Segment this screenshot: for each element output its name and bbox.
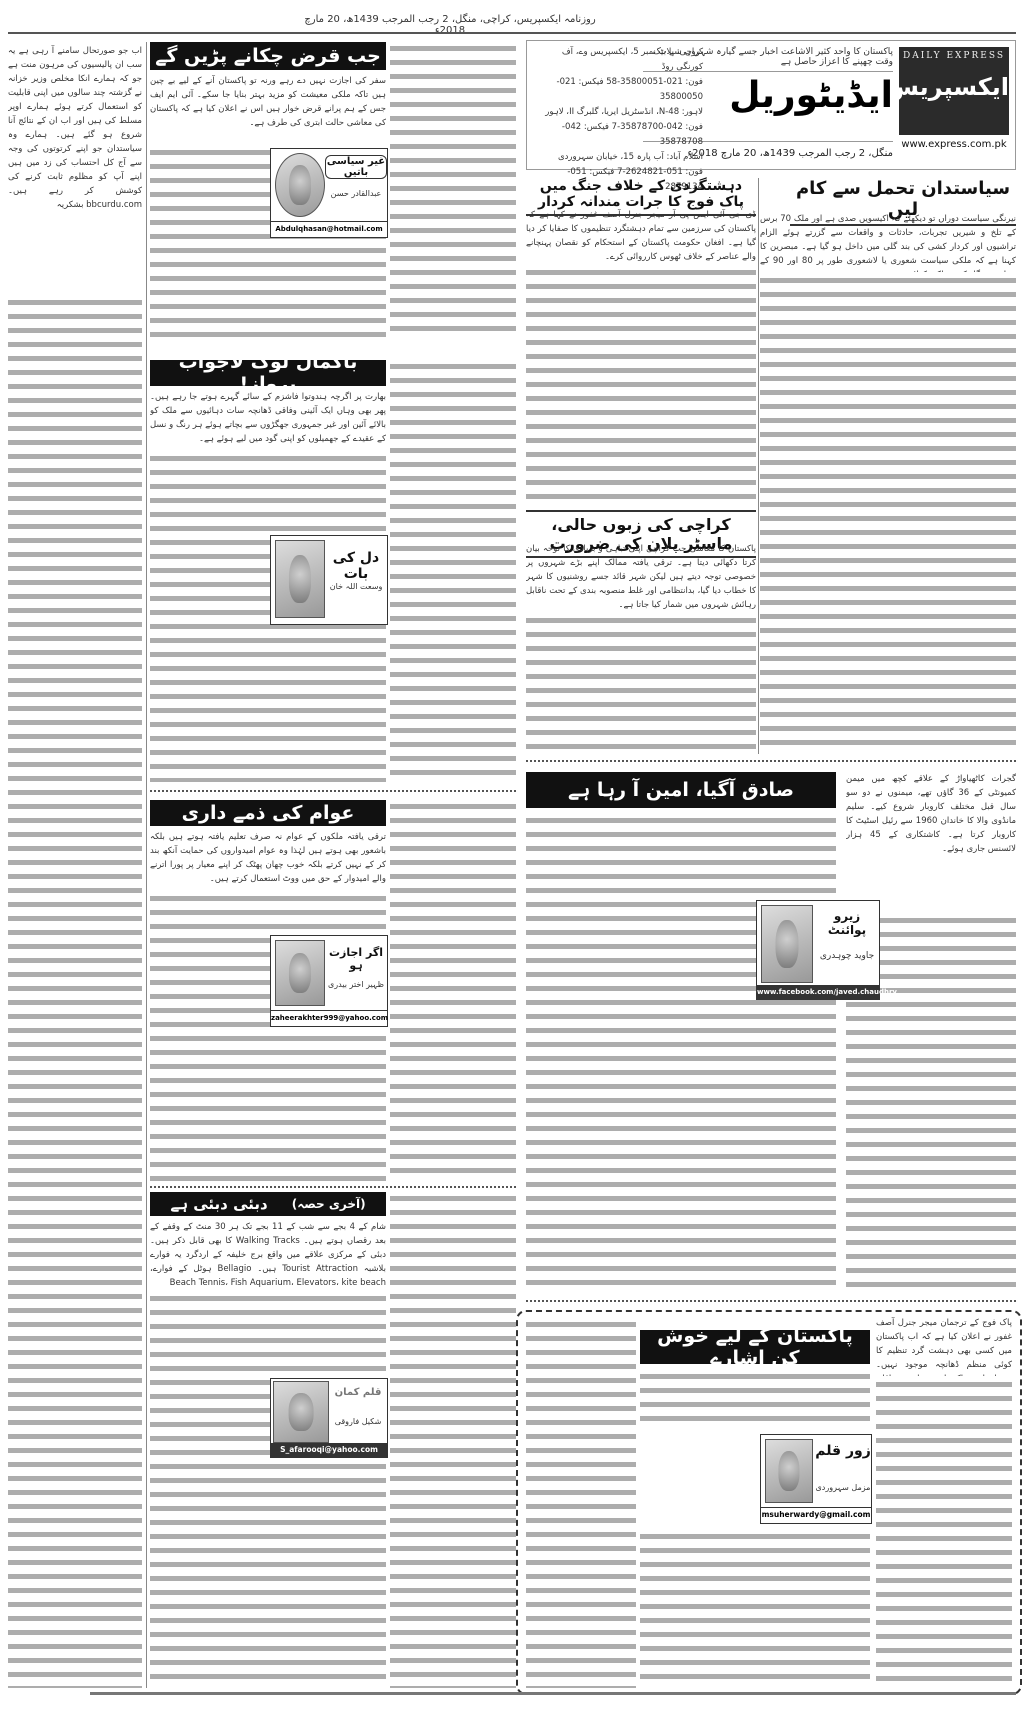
- column-4-body-right: [390, 1192, 516, 1688]
- address-line: فون: 021-35800051-58 فیکس: 021-35800050: [533, 75, 703, 105]
- column-name: اگر اجازت ہو: [325, 946, 387, 972]
- author-photo: [275, 540, 325, 618]
- column-6-body-left: [526, 1318, 636, 1688]
- column-5-headline: صادق آگیا، امین آ رہا ہے: [526, 772, 836, 808]
- masthead: DAILY EXPRESS ایکسپریس www.express.com.p…: [526, 40, 1016, 170]
- editorial-3-body: [526, 614, 756, 754]
- address-line: کراچی: پلاٹ نمبر 5، ایکسپریس وے، آف کورن…: [533, 45, 703, 75]
- column-6-body-mid: [640, 1370, 870, 1430]
- column-name: زیرو پوائنٹ: [815, 909, 879, 937]
- column-1-text: سفر کی اجازت نہیں دے رہے ورنہ تو پاکستان…: [150, 74, 386, 144]
- part-label: (آخری حصہ): [292, 1197, 366, 1211]
- editorial-1-body: [760, 274, 1016, 754]
- column-2-body-right: [390, 360, 516, 782]
- author-photo: [273, 1381, 329, 1443]
- far-left-text: اب جو صورتحال سامنے آ رہی ہے یہ سب ان پا…: [8, 44, 142, 294]
- author-name: وسعت اللہ خان: [325, 582, 387, 591]
- section-separator: [150, 790, 516, 792]
- column-6-body: [876, 1378, 1012, 1688]
- bottom-rule: [90, 1692, 1016, 1695]
- column-3-byline: اگر اجازت ہو ظہیر اختر بیدری zaheerakhte…: [270, 935, 388, 1027]
- express-logo: DAILY EXPRESS ایکسپریس: [899, 47, 1009, 135]
- author-photo: [275, 940, 325, 1006]
- column-6-body-bottom: [640, 1530, 870, 1688]
- author-name: شکیل فاروقی: [329, 1417, 387, 1426]
- author-photo: [765, 1439, 813, 1503]
- section-separator: [526, 1300, 1016, 1302]
- far-left-body: [8, 296, 142, 1688]
- column-5-byline: زیرو پوائنٹ جاوید چوہدری www.facebook.co…: [756, 900, 880, 1000]
- column-3-body-right: [390, 800, 516, 1182]
- column-6-text: پاک فوج کے ترجمان میجر جنرل آصف غفور نے …: [876, 1316, 1012, 1376]
- author-email[interactable]: Abdulqhasan@hotmail.com: [271, 221, 387, 236]
- column-6-byline: زور قلم مزمل سہروردی msuherwardy@gmail.c…: [760, 1434, 872, 1524]
- column-1-headline: جب قرض چکانے پڑیں گے: [150, 42, 386, 70]
- column-3-text: ترقی یافتہ ملکوں کے عوام نہ صرف تعلیم یا…: [150, 830, 386, 890]
- author-link[interactable]: www.facebook.com/javed.chaudhry: [757, 985, 879, 999]
- address-line: فون: 042-35878700-7 فیکس: 042-35878708: [533, 120, 703, 150]
- author-email[interactable]: msuherwardy@gmail.com: [761, 1507, 871, 1522]
- editorial-2-text: ڈی جی آئی ایس پی آر میجر جنرل آصف غفور ن…: [526, 208, 756, 264]
- column-2-headline: باکمال لوگ لاجواب پرواز!: [150, 360, 386, 386]
- column-2-text: بھارت پر اگرچہ ہندوتوا فاشزم کے سائے گہر…: [150, 390, 386, 450]
- column-name: زور قلم: [815, 1443, 871, 1459]
- section-separator: [526, 760, 1016, 762]
- office-addresses: کراچی: پلاٹ نمبر 5، ایکسپریس وے، آف کورن…: [533, 45, 703, 195]
- section-separator: [150, 1186, 516, 1188]
- author-photo: [761, 905, 813, 983]
- author-name: ظہیر اختر بیدری: [325, 980, 387, 989]
- top-rule: [8, 32, 1016, 34]
- column-4-text: شام کے 4 بجے سے شب کے 11 بجے تک ہر 30 من…: [150, 1220, 386, 1290]
- column-divider: [758, 178, 759, 754]
- author-email[interactable]: S_afarooqi@yahoo.com: [271, 1443, 387, 1457]
- headline-text: دبئی دبئی ہے: [170, 1195, 267, 1213]
- author-name: عبدالقادر حسن: [325, 189, 387, 198]
- address-line: اسلام آباد: آب پارہ 15، خیابان سہروردی: [533, 150, 703, 165]
- column-2-byline: دل کی بات وسعت اللہ خان: [270, 535, 388, 625]
- editorial-1-text: نیرنگی سیاست دوراں تو دیکھئے کہ اکیسویں …: [760, 212, 1016, 272]
- author-photo: [275, 153, 325, 217]
- column-4-body: [150, 1292, 386, 1688]
- column-6-headline: پاکستان کے لیے خوش کن اشارے: [640, 1330, 870, 1364]
- column-name: غیر سیاسی باتیں: [325, 155, 387, 179]
- column-divider: [146, 42, 147, 1688]
- column-4-headline: (آخری حصہ) دبئی دبئی ہے: [150, 1192, 386, 1216]
- column-1-body-right: [390, 42, 516, 340]
- author-name: جاوید چوہدری: [815, 951, 879, 961]
- logo-urdu: ایکسپریس: [899, 73, 1009, 101]
- column-4-byline: قلم کمان شکیل فاروقی S_afarooqi@yahoo.co…: [270, 1378, 388, 1458]
- address-line: لاہور: 48-N، انڈسٹریل ایریا، گلبرگ II، ل…: [533, 105, 703, 120]
- editorial-3-text: پاکستان کا معاشی حب کراچی اپنی تباہی و ب…: [526, 542, 756, 612]
- column-1-byline: غیر سیاسی باتیں عبدالقادر حسن Abdulqhasa…: [270, 148, 388, 238]
- editorial-2-body: [526, 266, 756, 506]
- column-5-text: گجرات کاٹھیاواڑ کے علاقے کچھ میں میمن کم…: [846, 772, 1016, 912]
- column-3-headline: عوام کی ذمے داری: [150, 800, 386, 826]
- author-name: مزمل سہروردی: [815, 1483, 871, 1492]
- author-email[interactable]: zaheerakhter999@yahoo.com: [271, 1010, 387, 1025]
- logo-english: DAILY EXPRESS: [899, 47, 1009, 61]
- column-5-body-left: [526, 814, 836, 1294]
- column-name: قلم کمان: [329, 1387, 387, 1398]
- column-name: دل کی بات: [325, 550, 387, 582]
- website-link[interactable]: www.express.com.pk: [899, 139, 1009, 150]
